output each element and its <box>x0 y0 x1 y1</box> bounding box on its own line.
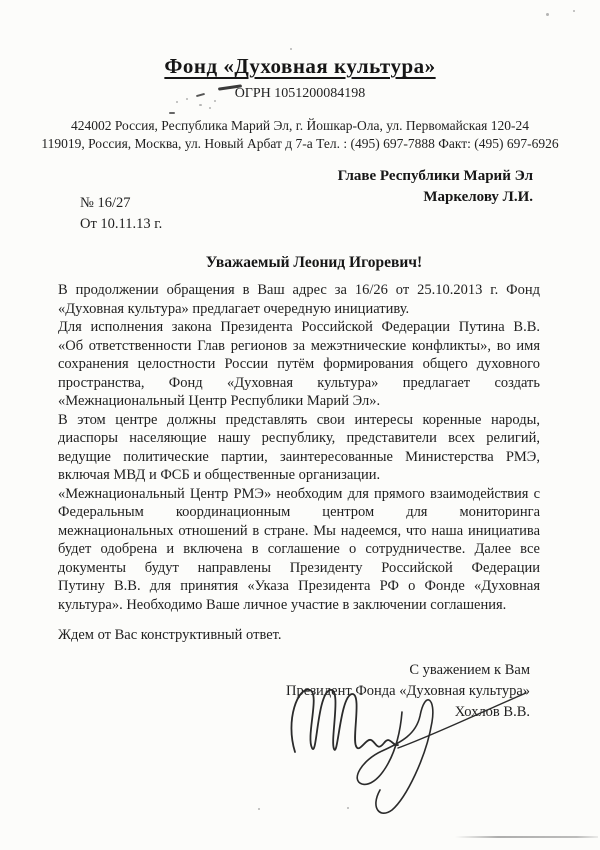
address-line-2: 119019, Россия, Москва, ул. Новый Арбат … <box>0 135 600 153</box>
body-line: «Об ответственности Глав регионов за меж… <box>58 337 540 356</box>
letterhead-org-name: Фонд «Духовная культура» <box>0 54 600 79</box>
body-line: Для исполнения закона Президента Российс… <box>58 318 540 337</box>
body-line: пространства, Фонд «Духовная культура» п… <box>58 374 540 393</box>
letter-body: В продолжении обращения в Ваш адрес за 1… <box>58 281 540 645</box>
scan-speck <box>186 98 188 100</box>
scan-smudge-mark <box>169 112 175 114</box>
body-line: «Межнациональный Центр Республики Марий … <box>58 392 540 411</box>
body-line: межнациональных отношений в стране. Мы н… <box>58 522 540 541</box>
scan-speck <box>209 107 211 109</box>
closing-request: Ждем от Вас конструктивный ответ. <box>58 626 540 645</box>
letterhead-ogrn: ОГРН 1051200084198 <box>0 86 600 102</box>
scan-speck <box>176 101 178 103</box>
body-line: «Межнациональный Центр РМЭ» необходим дл… <box>58 485 540 504</box>
letterhead-address: 424002 Россия, Республика Марий Эл, г. Й… <box>0 117 600 152</box>
body-line: сохранения целостности России путём форм… <box>58 355 540 374</box>
scanned-letter-page: Фонд «Духовная культура» ОГРН 1051200084… <box>0 0 600 850</box>
org-name-text: Фонд «Духовная культура» <box>164 54 435 78</box>
body-line: культура». Необходимо Ваше личное участи… <box>58 596 540 615</box>
reference-date: От 10.11.13 г. <box>80 214 162 235</box>
body-line: «Духовная культура» предлагает очередную… <box>58 300 540 319</box>
scan-speck <box>199 104 202 106</box>
address-line-1: 424002 Россия, Республика Марий Эл, г. Й… <box>0 117 600 135</box>
handwritten-signature <box>270 672 540 822</box>
body-line: В этом центре должны представлять свои и… <box>58 411 540 430</box>
scan-speck <box>573 10 575 12</box>
body-line: Федеральным координационным центром для … <box>58 503 540 522</box>
body-line: будет одобрена и включена в соглашение о… <box>58 540 540 559</box>
recipient-block: Главе Республики Марий Эл Маркелову Л.И. <box>338 166 533 207</box>
reference-number: № 16/27 <box>80 193 162 214</box>
body-line: ведущие политические партии, заинтересов… <box>58 448 540 467</box>
reference-block: № 16/27 От 10.11.13 г. <box>80 193 162 235</box>
recipient-line-1: Главе Республики Марий Эл <box>338 166 533 187</box>
body-line: документы будут направлены Президенту Ро… <box>58 559 540 578</box>
salutation: Уважаемый Леонид Игоревич! <box>0 254 600 272</box>
body-line: В продолжении обращения в Ваш адрес за 1… <box>58 281 540 300</box>
body-line: диаспоры населяющие нашу республику, пре… <box>58 429 540 448</box>
recipient-line-2: Маркелову Л.И. <box>338 187 533 208</box>
scan-artifact-line <box>455 836 598 838</box>
body-line: Путину В.В. для принятия «Указа Президен… <box>58 577 540 596</box>
scan-speck <box>214 100 216 102</box>
body-line: включая МВД и ФСБ и общественные организ… <box>58 466 540 485</box>
signature-icon <box>270 672 540 822</box>
scan-speck <box>258 808 260 810</box>
scan-speck <box>546 13 549 16</box>
scan-speck <box>290 48 292 50</box>
